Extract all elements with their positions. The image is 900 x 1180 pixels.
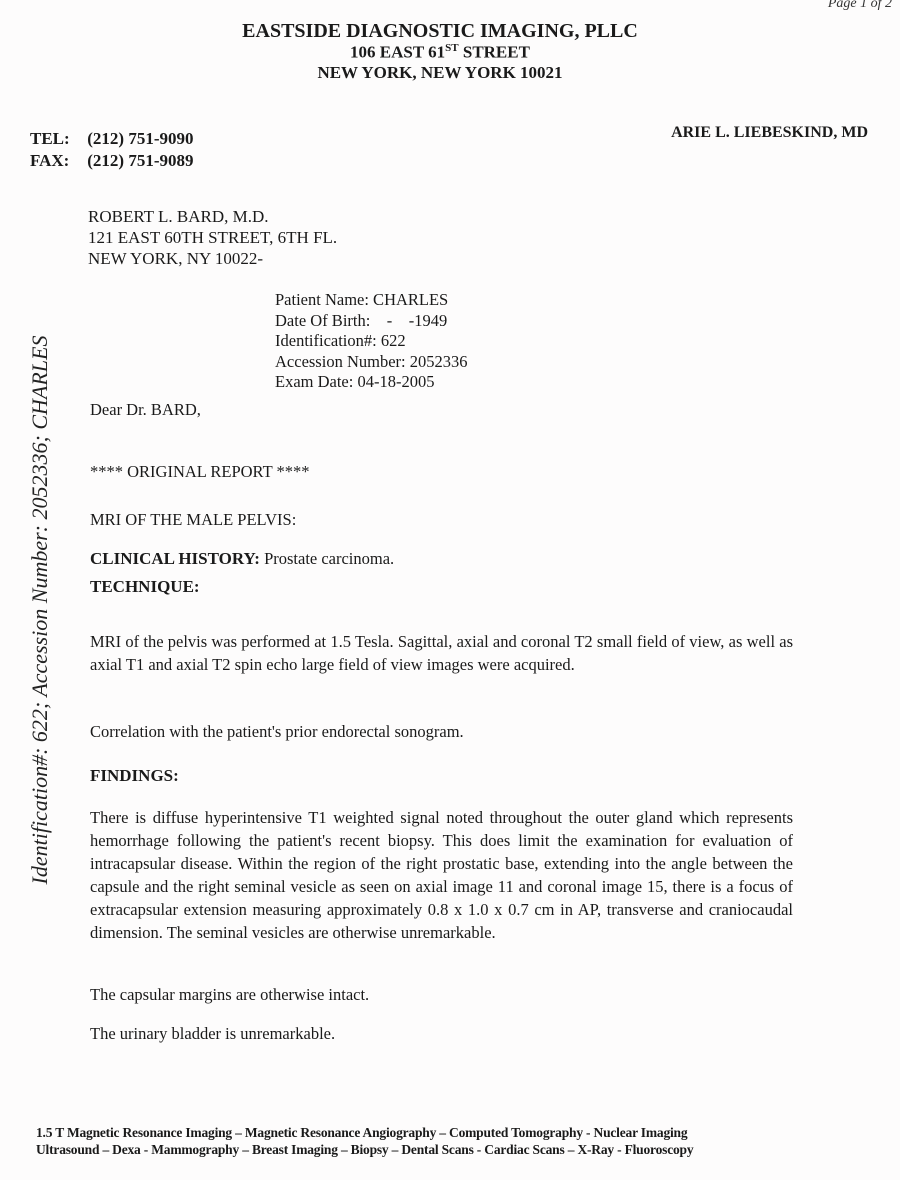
clinical-history: CLINICAL HISTORY: Prostate carcinoma. [90,547,793,570]
clinical-history-text: Prostate carcinoma. [264,549,394,568]
patient-info: Patient Name: CHARLES Date Of Birth: - -… [275,290,467,393]
practice-street: 106 EAST 61ST STREET [0,42,890,63]
technique-text: MRI of the pelvis was performed at 1.5 T… [90,630,793,676]
bladder-text: The urinary bladder is unremarkable. [90,1022,793,1045]
technique-heading: TECHNIQUE: [90,575,793,598]
footer-services-line1: 1.5 T Magnetic Resonance Imaging – Magne… [36,1125,687,1141]
accession-number: Accession Number: 2052336 [275,352,467,373]
side-identifier: Identification#: 622; Accession Number: … [27,336,53,885]
page-number: Page 1 of 2 [828,0,892,12]
practice-name: EASTSIDE DIAGNOSTIC IMAGING, PLLC [0,20,890,43]
fax-line: FAX: (212) 751-9089 [30,150,193,172]
recipient-street: 121 EAST 60TH STREET, 6TH FL. [88,227,337,248]
street-number: 106 EAST 61 [350,43,445,62]
capsular-text: The capsular margins are otherwise intac… [90,983,793,1006]
street-ordinal: ST [445,42,458,54]
patient-dob: Date Of Birth: - -1949 [275,311,467,332]
tel-line: TEL: (212) 751-9090 [30,128,193,150]
findings-heading: FINDINGS: [90,764,793,787]
recipient-city: NEW YORK, NY 10022- [88,248,337,269]
findings-text: There is diffuse hyperintensive T1 weigh… [90,806,793,944]
fax-label: FAX: [30,150,83,172]
exam-date: Exam Date: 04-18-2005 [275,372,467,393]
salutation: Dear Dr. BARD, [90,398,793,421]
original-report-tag: **** ORIGINAL REPORT **** [90,460,793,483]
fax-value: (212) 751-9089 [87,151,193,170]
radiologist-name: ARIE L. LIEBESKIND, MD [671,124,868,142]
patient-id: Identification#: 622 [275,331,467,352]
recipient-address: ROBERT L. BARD, M.D. 121 EAST 60TH STREE… [88,206,337,269]
footer-services-line2: Ultrasound – Dexa - Mammography – Breast… [36,1142,693,1158]
tel-label: TEL: [30,128,83,150]
patient-name: Patient Name: CHARLES [275,290,467,311]
recipient-name: ROBERT L. BARD, M.D. [88,206,337,227]
street-name: STREET [459,43,530,62]
practice-city: NEW YORK, NEW YORK 10021 [0,63,890,83]
report-title: MRI OF THE MALE PELVIS: [90,508,793,531]
correlation-text: Correlation with the patient's prior end… [90,720,793,743]
tel-value: (212) 751-9090 [87,129,193,148]
clinical-history-heading: CLINICAL HISTORY: [90,549,260,568]
contact-block: TEL: (212) 751-9090 FAX: (212) 751-9089 [30,128,193,172]
